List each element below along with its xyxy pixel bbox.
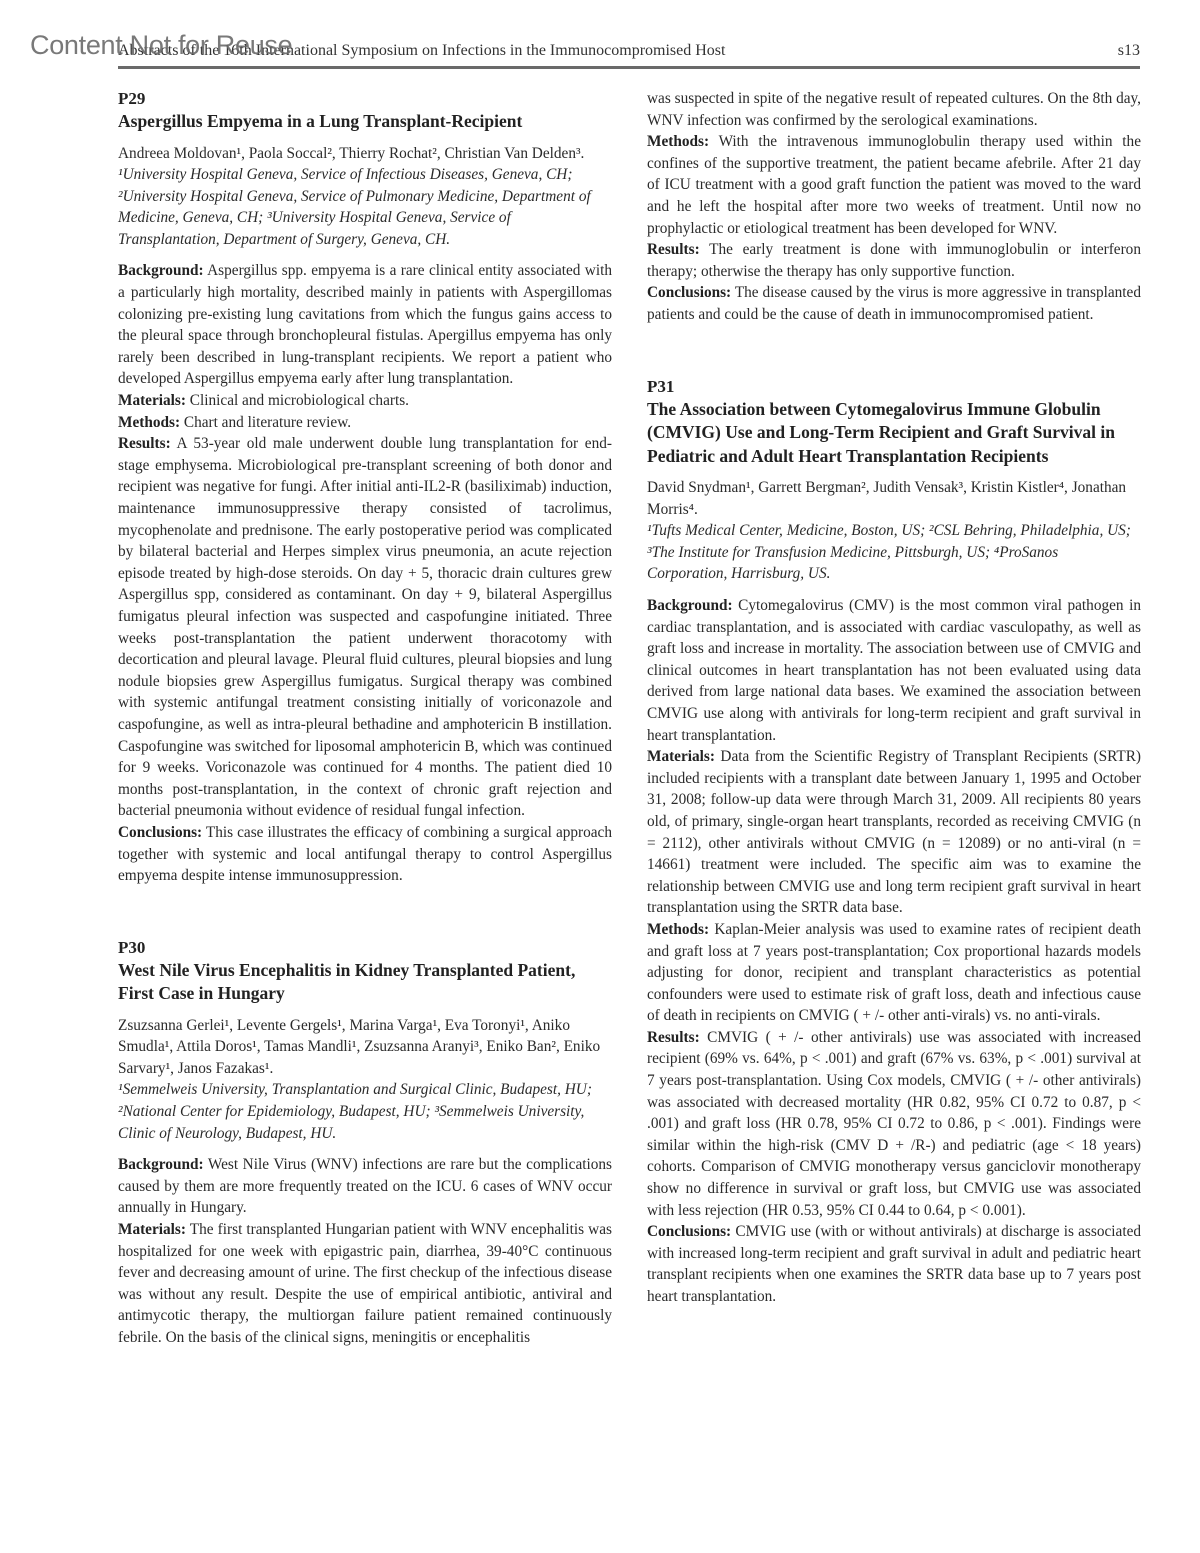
abstract-p29: P29 Aspergillus Empyema in a Lung Transp… [118, 88, 612, 887]
section-spacer [647, 326, 1141, 376]
author-list: David Snydman¹, Garrett Bergman², Judith… [647, 477, 1141, 520]
section-materials-continued: was suspected in spite of the negative r… [647, 88, 1141, 131]
affiliations: ¹Semmelweis University, Transplantation … [118, 1079, 612, 1144]
section-results: Results: The early treatment is done wit… [647, 239, 1141, 282]
affiliations: ¹University Hospital Geneva, Service of … [118, 164, 612, 250]
section-text: Kaplan-Meier analysis was used to examin… [647, 921, 1141, 1024]
section-materials: Materials: Data from the Scientific Regi… [647, 746, 1141, 919]
section-label: Materials: [647, 748, 715, 765]
page-number: s13 [1118, 42, 1140, 60]
abstract-title: West Nile Virus Encephalitis in Kidney T… [118, 959, 612, 1006]
section-materials: Materials: Clinical and microbiological … [118, 390, 612, 412]
section-text: Data from the Scientific Registry of Tra… [647, 748, 1141, 916]
abstract-title: Aspergillus Empyema in a Lung Transplant… [118, 110, 612, 134]
section-label: Background: [118, 262, 204, 279]
section-text: CMVIG ( + /- other antivirals) use was a… [647, 1029, 1141, 1219]
abstract-id: P29 [118, 88, 612, 110]
section-label: Conclusions: [647, 1223, 731, 1240]
section-label: Conclusions: [647, 284, 731, 301]
section-label: Results: [647, 241, 700, 258]
section-text: Aspergillus spp. empyema is a rare clini… [118, 262, 612, 387]
left-column: P29 Aspergillus Empyema in a Lung Transp… [118, 88, 612, 1349]
section-text: Chart and literature review. [184, 414, 351, 431]
section-background: Background: West Nile Virus (WNV) infect… [118, 1154, 612, 1219]
section-label: Materials: [118, 1221, 186, 1238]
section-methods: Methods: Chart and literature review. [118, 412, 612, 434]
author-list: Zsuzsanna Gerlei¹, Levente Gergels¹, Mar… [118, 1015, 612, 1080]
section-label: Background: [647, 597, 733, 614]
abstract-id: P30 [118, 937, 612, 959]
section-background: Background: Cytomegalovirus (CMV) is the… [647, 595, 1141, 746]
section-label: Conclusions: [118, 824, 202, 841]
section-methods: Methods: With the intravenous immunoglob… [647, 131, 1141, 239]
section-conclusions: Conclusions: This case illustrates the e… [118, 822, 612, 887]
section-label: Methods: [647, 133, 709, 150]
abstract-p30-continued: was suspected in spite of the negative r… [647, 88, 1141, 326]
section-label: Methods: [118, 414, 180, 431]
section-label: Results: [118, 435, 171, 452]
abstract-id: P31 [647, 376, 1141, 398]
section-text: Clinical and microbiological charts. [190, 392, 409, 409]
abstract-p31: P31 The Association between Cytomegalovi… [647, 376, 1141, 1308]
abstract-title: The Association between Cytomegalovirus … [647, 398, 1141, 469]
section-text: The early treatment is done with immunog… [647, 241, 1141, 280]
affiliations: ¹Tufts Medical Center, Medicine, Boston,… [647, 520, 1141, 585]
abstract-p30: P30 West Nile Virus Encephalitis in Kidn… [118, 937, 612, 1349]
right-column: was suspected in spite of the negative r… [647, 88, 1141, 1308]
section-spacer [118, 887, 612, 937]
section-background: Background: Aspergillus spp. empyema is … [118, 260, 612, 390]
section-label: Results: [647, 1029, 700, 1046]
section-text: With the intravenous immunoglobulin ther… [647, 133, 1141, 236]
section-results: Results: CMVIG ( + /- other antivirals) … [647, 1027, 1141, 1221]
section-text: Cytomegalovirus (CMV) is the most common… [647, 597, 1141, 744]
section-label: Materials: [118, 392, 186, 409]
section-text: The first transplanted Hungarian patient… [118, 1221, 612, 1346]
section-label: Methods: [647, 921, 709, 938]
section-results: Results: A 53-year old male underwent do… [118, 433, 612, 822]
section-text: A 53-year old male underwent double lung… [118, 435, 612, 819]
section-conclusions: Conclusions: The disease caused by the v… [647, 282, 1141, 325]
author-list: Andreea Moldovan¹, Paola Soccal², Thierr… [118, 143, 612, 165]
watermark: Content Not for Reuse [30, 30, 292, 61]
section-methods: Methods: Kaplan-Meier analysis was used … [647, 919, 1141, 1027]
section-conclusions: Conclusions: CMVIG use (with or without … [647, 1221, 1141, 1307]
section-materials: Materials: The first transplanted Hungar… [118, 1219, 612, 1349]
section-label: Background: [118, 1156, 204, 1173]
